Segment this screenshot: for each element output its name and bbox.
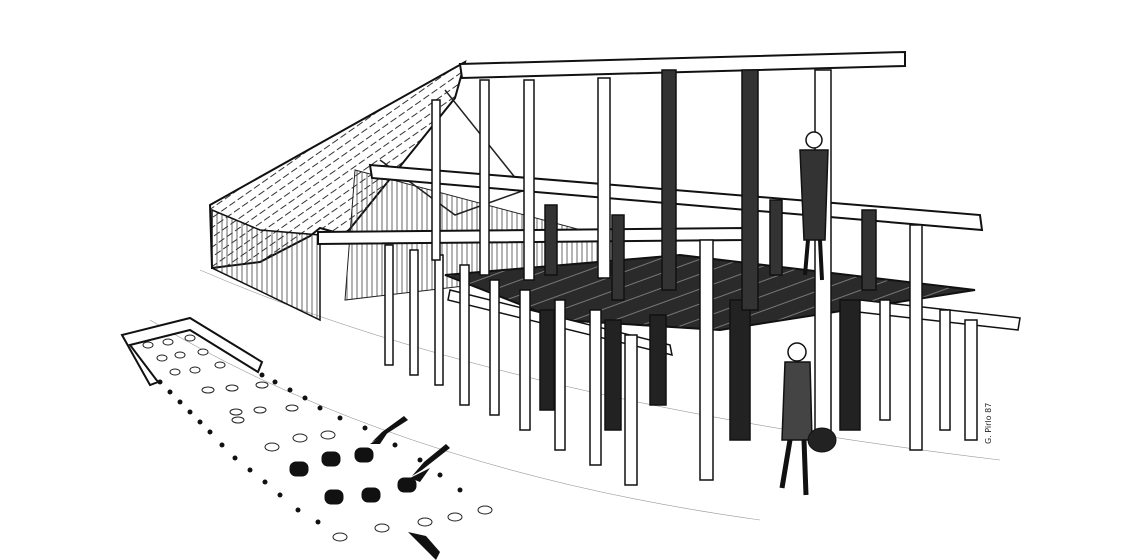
- artist-signature: G. Pirlo 87: [984, 388, 998, 444]
- longhouse-drawing: [0, 0, 1140, 560]
- illustration: G. Pirlo 87: [0, 0, 1140, 560]
